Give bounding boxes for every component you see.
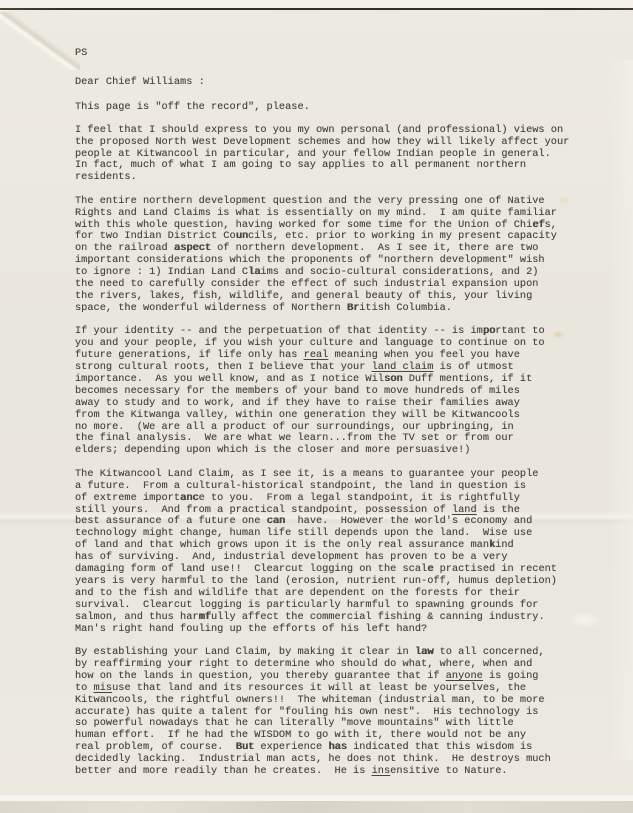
letter-paragraph: The Kitwancool Land Claim, as I see it, … bbox=[75, 469, 580, 636]
letter-paragraphs: I feel that I should express to you my o… bbox=[75, 125, 580, 778]
off-the-record-note: This page is "off the record", please. bbox=[75, 102, 580, 114]
letter-body: PS Dear Chief Williams : This page is "o… bbox=[75, 48, 580, 789]
salutation: Dear Chief Williams : bbox=[75, 77, 580, 89]
scan-top-edge bbox=[0, 0, 633, 8]
letter-paragraph: If your identity -- and the perpetuation… bbox=[75, 326, 580, 457]
right-edge-sheen bbox=[607, 60, 633, 760]
corner-crease bbox=[0, 12, 80, 70]
letter-paragraph: The entire northern development question… bbox=[75, 196, 580, 315]
letter-paragraph: By establishing your Land Claim, by maki… bbox=[75, 647, 580, 778]
postscript-label: PS bbox=[75, 48, 580, 60]
scan-edge-line bbox=[0, 8, 633, 10]
scanned-letter-page: PS Dear Chief Williams : This page is "o… bbox=[0, 0, 633, 813]
letter-paragraph: I feel that I should express to you my o… bbox=[75, 125, 580, 185]
scan-bottom-edge bbox=[0, 801, 633, 813]
